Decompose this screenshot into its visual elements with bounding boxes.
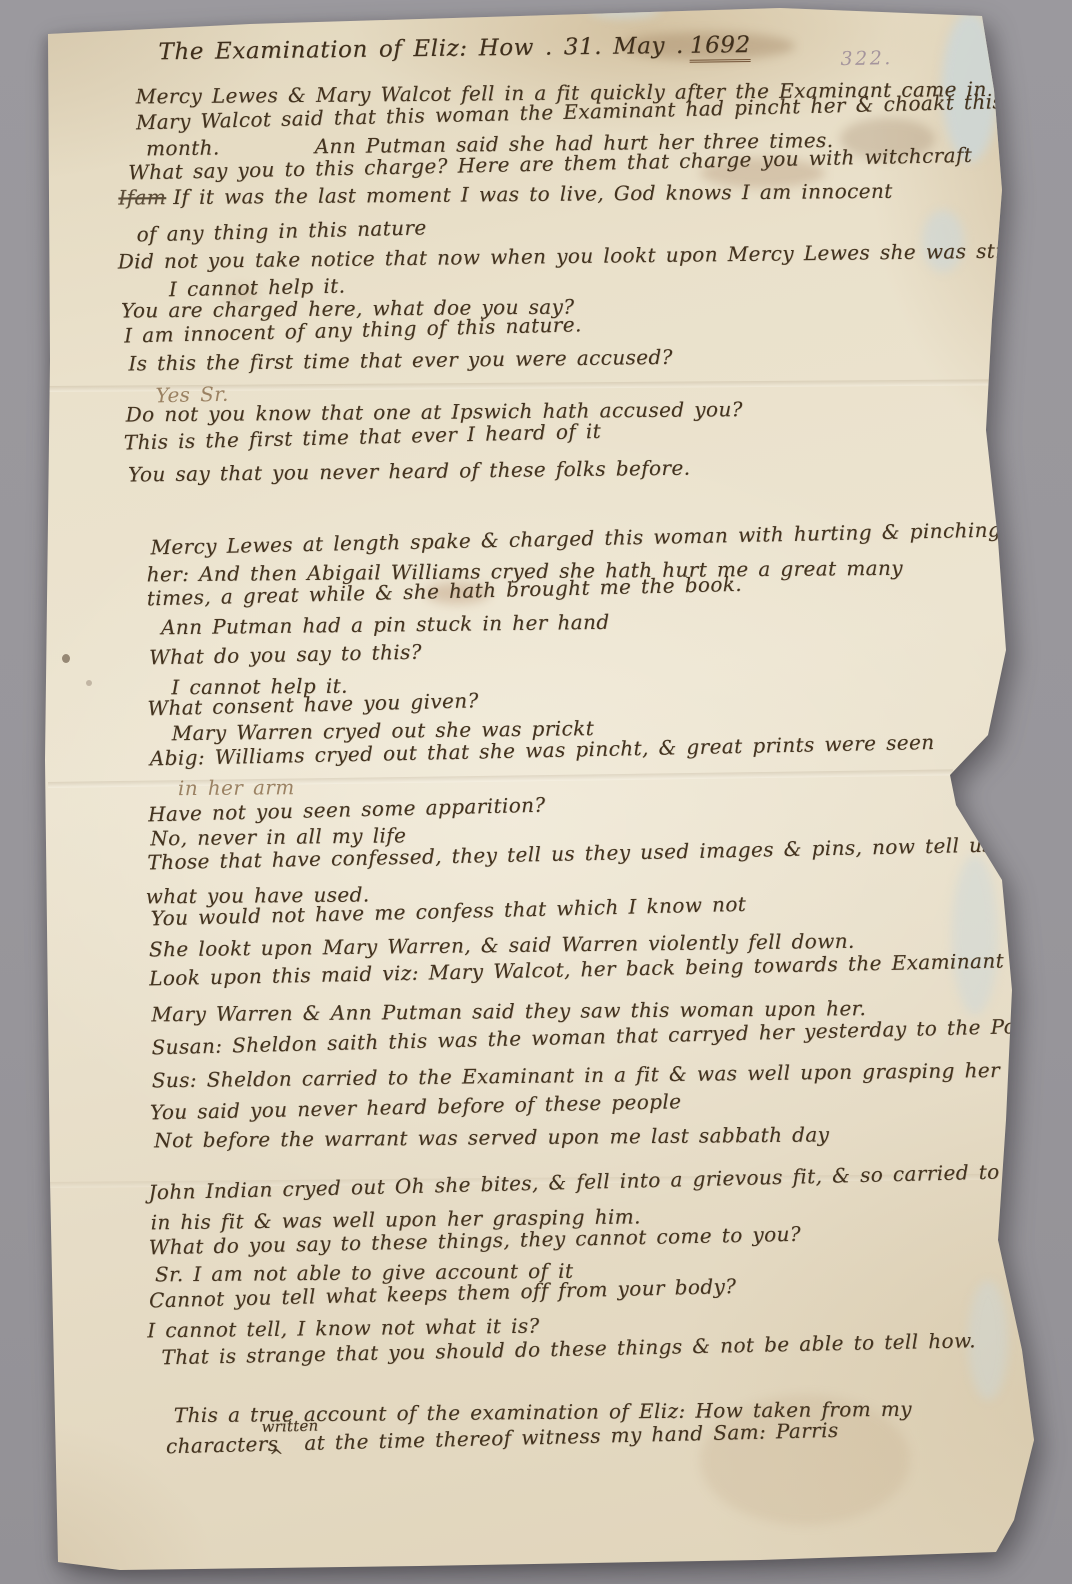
title-text: The Examination of Eliz: How . 31. May . <box>158 33 684 65</box>
title-year-underlined: 1692 <box>690 32 751 63</box>
struck-out-word: Ifam <box>118 185 166 209</box>
page-number-pencil: 322. <box>840 47 893 70</box>
manuscript-line: of any thing in this nature <box>136 217 427 245</box>
document-title: The Examination of Eliz: How . 31. May .… <box>158 33 751 64</box>
manuscript-line: You say that you never heard of these fo… <box>128 458 691 486</box>
manuscript-line: I cannot tell, I know not what it is? <box>147 1316 540 1342</box>
manuscript-line: IfamIf it was the last moment I was to l… <box>118 181 892 209</box>
inserted-word-above-line: written <box>261 1419 318 1436</box>
manuscript-line-with-insertion: characterswritten^at the time thereof wi… <box>166 1420 839 1457</box>
manuscript-line: Did not you take notice that now when yo… <box>118 239 1072 272</box>
manuscript-line: Do not you know that one at Ipswich hath… <box>126 399 743 425</box>
manuscript-text-layer: The Examination of Eliz: How . 31. May .… <box>0 0 1072 1584</box>
photograph-backdrop: The Examination of Eliz: How . 31. May .… <box>0 0 1072 1584</box>
manuscript-line: Sus: Sheldon carried to the Examinant in… <box>152 1059 1052 1091</box>
manuscript-line: Mercy Lewes at length spake & charged th… <box>150 520 1001 559</box>
manuscript-sheet: The Examination of Eliz: How . 31. May .… <box>0 0 1072 1584</box>
manuscript-line: Not before the warrant was served upon m… <box>154 1124 829 1151</box>
manuscript-line: You said you never heard before of these… <box>150 1091 682 1123</box>
manuscript-line: Ann Putman had a pin stuck in her hand <box>161 612 610 638</box>
manuscript-line: in her arm <box>178 777 295 799</box>
manuscript-line: What consent have you given? <box>147 690 479 719</box>
manuscript-line: Is this the first time that ever you wer… <box>128 347 673 375</box>
manuscript-line: What do you say to this? <box>149 642 422 669</box>
manuscript-line: John Indian cryed out Oh she bites, & fe… <box>148 1160 1045 1203</box>
insertion-caret-mark: ^ <box>269 1448 284 1466</box>
manuscript-sheet-wrapper: The Examination of Eliz: How . 31. May .… <box>0 0 1072 1584</box>
line-part: month. <box>146 135 220 160</box>
line-part: If it was the last moment I was to live,… <box>173 179 893 209</box>
